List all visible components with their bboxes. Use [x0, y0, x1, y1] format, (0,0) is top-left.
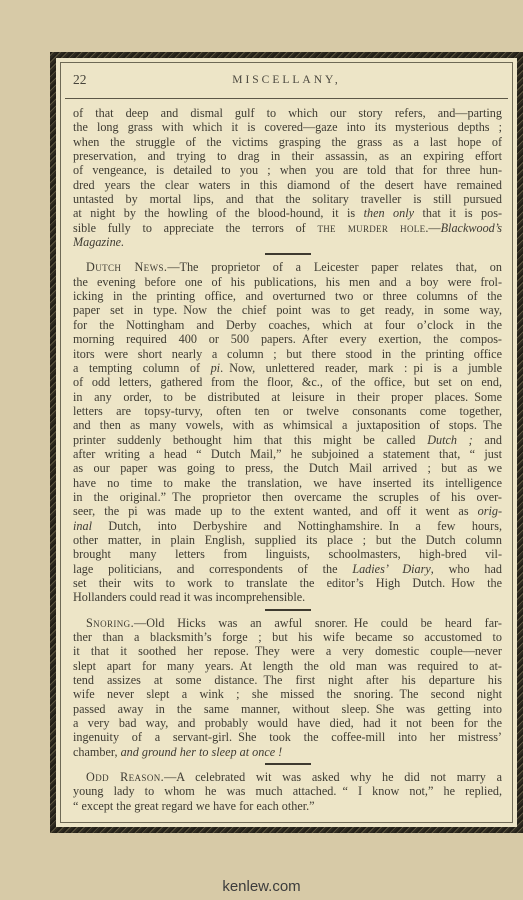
text-segment: “ except the great regard we have for ea… [73, 799, 315, 813]
text-line: in the original.” The proprietor then ov… [73, 490, 502, 504]
text-segment: preservation, and trying to drag in thei… [73, 149, 502, 163]
section-lead: Snoring. [86, 616, 134, 630]
text-line: tend assizes at some distance. The first… [73, 673, 502, 687]
text-segment: a tempting column of [73, 361, 211, 375]
text-segment: pi [211, 361, 220, 375]
text-segment: as our paper was going to press, the Dut… [73, 461, 502, 475]
article-body: of that deep and dismal gulf to which ou… [73, 106, 502, 813]
text-line: paper set in type. Now the chief point w… [73, 303, 502, 317]
page-header: 22 MISCELLANY, [73, 71, 500, 91]
text-line: other matter, in plain English, supplied… [73, 533, 502, 547]
text-line: for the Nottingham and Derby coaches, wh… [73, 318, 502, 332]
paragraph-snoring: Snoring.—Old Hicks was an awful snorer. … [73, 616, 502, 759]
text-segment: morning required 400 or 500 papers. Afte… [73, 332, 502, 346]
text-segment: at night by the howling of the blood-hou… [73, 206, 364, 220]
text-line: brought many letters from linguists, sch… [73, 547, 502, 561]
text-line: at night by the howling of the blood-hou… [73, 206, 502, 220]
text-segment: —Old Hicks was an awful snorer. He could… [134, 616, 502, 630]
text-line: Magazine. [73, 235, 502, 249]
text-segment: paper set in type. Now the chief point w… [73, 303, 502, 317]
text-segment: and then as many vowels, with as whimsic… [73, 418, 502, 432]
text-line: wife never slept a wink ; she missed the… [73, 687, 502, 701]
text-segment: printer suddenly bethought him that this… [73, 433, 427, 447]
text-line: have no time to make the translation, we… [73, 476, 502, 490]
scanned-page-background: 22 MISCELLANY, of that deep and dismal g… [0, 0, 523, 900]
section-lead: Odd Reason. [86, 770, 164, 784]
paragraph-odd-reason: Odd Reason.—A celebrated wit was asked w… [73, 770, 502, 813]
watermark: kenlew.com [0, 878, 523, 895]
text-line: and then as many vowels, with as whimsic… [73, 418, 502, 432]
text-segment: then only [364, 206, 414, 220]
text-line: ther than a blacksmith’s forge ; but his… [73, 630, 502, 644]
text-line: of that deep and dismal gulf to which ou… [73, 106, 502, 120]
text-line: a tempting column of pi. Now, unlettered… [73, 361, 502, 375]
text-line: Dutch News.—The proprietor of a Leiceste… [73, 260, 502, 274]
text-line: Odd Reason.—A celebrated wit was asked w… [73, 770, 502, 784]
text-segment: ther than a blacksmith’s forge ; but his… [73, 630, 502, 644]
text-segment: brought many letters from linguists, sch… [73, 547, 502, 561]
text-line: in any order, to be distributed at leisu… [73, 390, 502, 404]
text-segment: .— [425, 221, 440, 235]
text-segment: have no time to make the translation, we… [73, 476, 502, 490]
page-title: MISCELLANY, [73, 74, 500, 86]
text-line: passed away in the same manner, without … [73, 702, 502, 716]
text-line: seer, the pi was made up to the extent w… [73, 504, 502, 518]
text-segment: slept apart for many years. At length th… [73, 659, 502, 673]
text-line: a very bad way, and probably would have … [73, 716, 502, 730]
section-divider [265, 763, 311, 765]
text-segment: the evening before one of his publicatio… [73, 275, 502, 289]
text-line: preservation, and trying to drag in thei… [73, 149, 502, 163]
paragraph-dutch-news: Dutch News.—The proprietor of a Leiceste… [73, 260, 502, 604]
text-segment: the long grass with which it is covered—… [73, 120, 502, 134]
text-line: chamber, and ground her to sleep at once… [73, 745, 502, 759]
text-line: of odd letters, gathered from the floor,… [73, 375, 502, 389]
text-segment: seer, the pi was made up to the extent w… [73, 504, 478, 518]
text-segment: of that deep and dismal gulf to which ou… [73, 106, 502, 120]
page-content: 22 MISCELLANY, of that deep and dismal g… [61, 63, 512, 822]
text-line: printer suddenly bethought him that this… [73, 433, 502, 447]
text-segment: and ground her to sleep at once ! [121, 745, 283, 759]
text-segment: Blackwood’s [441, 221, 502, 235]
section-lead: Dutch News. [86, 260, 167, 274]
text-line: set their wits to work to translate the … [73, 576, 502, 590]
text-line: Snoring.—Old Hicks was an awful snorer. … [73, 616, 502, 630]
text-segment: ingenuity of a servant-girl. She took th… [73, 730, 502, 744]
text-line: inal Dutch, into Derbyshire and Nottingh… [73, 519, 502, 533]
text-line: Hollanders could read it was incomprehen… [73, 590, 502, 604]
text-line: “ except the great regard we have for ea… [73, 799, 502, 813]
text-segment: itors were short nearly a column ; but t… [73, 347, 502, 361]
text-segment: —A celebrated wit was asked why he did n… [164, 770, 502, 784]
text-segment: passed away in the same manner, without … [73, 702, 502, 716]
text-line: icking in the printing office, and overt… [73, 289, 502, 303]
text-segment: tend assizes at some distance. The first… [73, 673, 502, 687]
text-segment: Dutch, into Derbyshire and Nottinghamshi… [92, 519, 502, 533]
text-segment: orig- [478, 504, 502, 518]
text-line: untasted by mortal lips, and that the so… [73, 192, 502, 206]
text-segment: young lady to whom he was much attached.… [73, 784, 502, 798]
text-segment: and [473, 433, 502, 447]
text-segment: lage politicians, and correspondents of … [73, 562, 352, 576]
text-segment: . Now, unlettered reader, mark : pi is a… [220, 361, 502, 375]
text-segment: dred years the clear waters in this diam… [73, 178, 502, 192]
text-segment: Ladies’ Diary [352, 562, 430, 576]
text-segment: in the original.” The proprietor then ov… [73, 490, 502, 504]
text-segment: that it is pos- [414, 206, 502, 220]
text-line: letters are topsy-turvy, often ten or tw… [73, 404, 502, 418]
text-segment: other matter, in plain English, supplied… [73, 533, 502, 547]
text-line: morning required 400 or 500 papers. Afte… [73, 332, 502, 346]
paragraph-murder-hole-continuation: of that deep and dismal gulf to which ou… [73, 106, 502, 249]
text-segment: wife never slept a wink ; she missed the… [73, 687, 502, 701]
text-line: of vengeance, is detailed to you ; when … [73, 163, 502, 177]
text-line: young lady to whom he was much attached.… [73, 784, 502, 798]
text-segment: of vengeance, is detailed to you ; when … [73, 163, 502, 177]
text-segment: after writing a head “ Dutch Mail,” he s… [73, 447, 502, 461]
text-segment: untasted by mortal lips, and that the so… [73, 192, 502, 206]
section-divider [265, 609, 311, 611]
text-line: sible fully to appreciate the terrors of… [73, 221, 502, 235]
text-segment: the murder hole [317, 221, 425, 235]
text-segment: letters are topsy-turvy, often ten or tw… [73, 404, 502, 418]
text-segment: Magazine. [73, 235, 124, 249]
page-frame: 22 MISCELLANY, of that deep and dismal g… [50, 52, 523, 833]
text-segment: —The proprietor of a Leicester paper rel… [167, 260, 502, 274]
text-line: ingenuity of a servant-girl. She took th… [73, 730, 502, 744]
text-segment: icking in the printing office, and overt… [73, 289, 502, 303]
text-line: when the struggle of the victims graspin… [73, 135, 502, 149]
text-line: lage politicians, and correspondents of … [73, 562, 502, 576]
text-segment: of odd letters, gathered from the floor,… [73, 375, 502, 389]
text-segment: , who had [431, 562, 502, 576]
text-line: itors were short nearly a column ; but t… [73, 347, 502, 361]
text-segment: Hollanders could read it was incomprehen… [73, 590, 305, 604]
text-segment: for the Nottingham and Derby coaches, wh… [73, 318, 502, 332]
text-line: it that it soothed her repose. They were… [73, 644, 502, 658]
section-divider [265, 253, 311, 255]
text-line: the evening before one of his publicatio… [73, 275, 502, 289]
text-line: as our paper was going to press, the Dut… [73, 461, 502, 475]
text-line: after writing a head “ Dutch Mail,” he s… [73, 447, 502, 461]
text-line: slept apart for many years. At length th… [73, 659, 502, 673]
text-segment: it that it soothed her repose. They were… [73, 644, 502, 658]
text-segment: a very bad way, and probably would have … [73, 716, 502, 730]
text-segment: when the struggle of the victims graspin… [73, 135, 502, 149]
text-segment: set their wits to work to translate the … [73, 576, 502, 590]
text-segment: in any order, to be distributed at leisu… [73, 390, 502, 404]
text-segment: Dutch ; [427, 433, 473, 447]
header-rule [65, 98, 508, 99]
text-line: dred years the clear waters in this diam… [73, 178, 502, 192]
text-segment: chamber, [73, 745, 121, 759]
text-segment: sible fully to appreciate the terrors of [73, 221, 317, 235]
text-line: the long grass with which it is covered—… [73, 120, 502, 134]
text-segment: inal [73, 519, 92, 533]
